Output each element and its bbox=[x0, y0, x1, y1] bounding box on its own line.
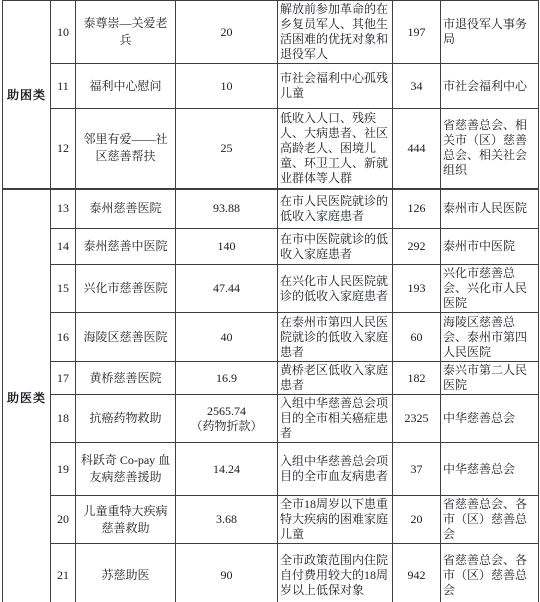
category-cell-assist-poverty: 助困类 bbox=[3, 1, 51, 189]
org-cell: 兴化市慈善总会、兴化市人民医院 bbox=[441, 265, 539, 313]
org-cell: 中华慈善总会 bbox=[441, 395, 539, 443]
amount-cell: 140 bbox=[176, 229, 278, 265]
row-number-cell: 17 bbox=[51, 362, 76, 395]
amount-cell: 10 bbox=[176, 64, 278, 109]
count-cell: 60 bbox=[393, 313, 441, 362]
row-number-cell: 18 bbox=[51, 395, 76, 443]
org-cell: 泰州市中医院 bbox=[441, 229, 539, 265]
beneficiary-cell: 在兴化市人民医院就诊的低收入家庭患者 bbox=[278, 265, 393, 313]
org-cell: 省慈善总会、相关市（区）慈善总会、相关社会组织 bbox=[441, 109, 539, 189]
row-number-cell: 15 bbox=[51, 265, 76, 313]
project-name-cell: 儿童重特大疾病慈善救助 bbox=[76, 496, 176, 544]
table-row: 16 海陵区慈善医院 40 在泰州市第四人民医院就诊的低收入家庭患者 60 海陵… bbox=[3, 313, 539, 362]
row-number-cell: 11 bbox=[51, 64, 76, 109]
row-number-cell: 16 bbox=[51, 313, 76, 362]
org-cell: 省慈善总会、各市（区）慈善总会 bbox=[441, 544, 539, 602]
count-cell: 292 bbox=[393, 229, 441, 265]
row-number-cell: 14 bbox=[51, 229, 76, 265]
row-number-cell: 19 bbox=[51, 443, 76, 496]
count-cell: 2325 bbox=[393, 395, 441, 443]
project-name-cell: 福利中心慰问 bbox=[76, 64, 176, 109]
org-cell: 省慈善总会、各市（区）慈善总会 bbox=[441, 496, 539, 544]
beneficiary-cell: 市社会福利中心孤残儿童 bbox=[278, 64, 393, 109]
row-number-cell: 20 bbox=[51, 496, 76, 544]
project-name-cell: 泰州慈善中医院 bbox=[76, 229, 176, 265]
count-cell: 37 bbox=[393, 443, 441, 496]
project-name-cell: 兴化市慈善医院 bbox=[76, 265, 176, 313]
row-number-cell: 10 bbox=[51, 1, 76, 64]
table-row: 助困类 10 泰尊崇—关爱老兵 20 解放前参加革命的在乡复员军人、其他生活困难… bbox=[3, 1, 539, 64]
count-cell: 197 bbox=[393, 1, 441, 64]
org-cell: 市社会福利中心 bbox=[441, 64, 539, 109]
beneficiary-cell: 解放前参加革命的在乡复员军人、其他生活困难的优抚对象和退役军人 bbox=[278, 1, 393, 64]
amount-cell: 40 bbox=[176, 313, 278, 362]
table-row: 14 泰州慈善中医院 140 在市中医院就诊的低收入家庭患者 292 泰州市中医… bbox=[3, 229, 539, 265]
project-name-cell: 科跃奇 Co-pay 血友病慈善援助 bbox=[76, 443, 176, 496]
project-name-cell: 泰州慈善医院 bbox=[76, 189, 176, 229]
amount-cell: 14.24 bbox=[176, 443, 278, 496]
amount-cell: 20 bbox=[176, 1, 278, 64]
project-name-cell: 泰尊崇—关爱老兵 bbox=[76, 1, 176, 64]
category-cell-assist-medical: 助医类 bbox=[3, 189, 51, 602]
beneficiary-cell: 全市18周岁以下患重特大疾病的困难家庭儿童 bbox=[278, 496, 393, 544]
amount-cell: 90 bbox=[176, 544, 278, 602]
beneficiary-cell: 在泰州市第四人民医院就诊的低收入家庭患者 bbox=[278, 313, 393, 362]
org-cell: 泰兴市第二人民医院 bbox=[441, 362, 539, 395]
org-cell: 泰州市人民医院 bbox=[441, 189, 539, 229]
count-cell: 20 bbox=[393, 496, 441, 544]
amount-value: 2565.74 bbox=[178, 404, 275, 419]
beneficiary-cell: 在市人民医院就诊的低收入家庭患者 bbox=[278, 189, 393, 229]
table-row: 21 苏慈助医 90 全市政策范围内住院自付费用较大的18周岁以上低保对象 94… bbox=[3, 544, 539, 602]
amount-cell: 93.88 bbox=[176, 189, 278, 229]
beneficiary-cell: 入组中华慈善总会项目的全市相关癌症患者 bbox=[278, 395, 393, 443]
amount-cell: 47.44 bbox=[176, 265, 278, 313]
table-row: 20 儿童重特大疾病慈善救助 3.68 全市18周岁以下患重特大疾病的困难家庭儿… bbox=[3, 496, 539, 544]
table-row: 11 福利中心慰问 10 市社会福利中心孤残儿童 34 市社会福利中心 bbox=[3, 64, 539, 109]
count-cell: 193 bbox=[393, 265, 441, 313]
beneficiary-cell: 全市政策范围内住院自付费用较大的18周岁以上低保对象 bbox=[278, 544, 393, 602]
org-cell: 海陵区慈善总会、泰州市第四人民医院 bbox=[441, 313, 539, 362]
table-row: 17 黄桥慈善医院 16.9 黄桥老区低收入家庭患者 182 泰兴市第二人民医院 bbox=[3, 362, 539, 395]
count-cell: 34 bbox=[393, 64, 441, 109]
table-row: 助医类 13 泰州慈善医院 93.88 在市人民医院就诊的低收入家庭患者 126… bbox=[3, 189, 539, 229]
org-cell: 中华慈善总会 bbox=[441, 443, 539, 496]
org-cell: 市退役军人事务局 bbox=[441, 1, 539, 64]
count-cell: 444 bbox=[393, 109, 441, 189]
beneficiary-cell: 黄桥老区低收入家庭患者 bbox=[278, 362, 393, 395]
table-row: 19 科跃奇 Co-pay 血友病慈善援助 14.24 入组中华慈善总会项目的全… bbox=[3, 443, 539, 496]
row-number-cell: 12 bbox=[51, 109, 76, 189]
count-cell: 182 bbox=[393, 362, 441, 395]
table-row: 18 抗癌药物救助 2565.74 （药物折款） 入组中华慈善总会项目的全市相关… bbox=[3, 395, 539, 443]
charity-projects-table: 助困类 10 泰尊崇—关爱老兵 20 解放前参加革命的在乡复员军人、其他生活困难… bbox=[2, 0, 539, 602]
beneficiary-cell: 入组中华慈善总会项目的全市血友病患者 bbox=[278, 443, 393, 496]
beneficiary-cell: 低收入人口、残疾人、大病患者、社区高龄老人、困境儿童、环卫工人、新就业群体等人群 bbox=[278, 109, 393, 189]
project-name-cell: 海陵区慈善医院 bbox=[76, 313, 176, 362]
amount-cell: 16.9 bbox=[176, 362, 278, 395]
table-row: 12 邻里有爱——社区慈善帮扶 25 低收入人口、残疾人、大病患者、社区高龄老人… bbox=[3, 109, 539, 189]
document-page: 助困类 10 泰尊崇—关爱老兵 20 解放前参加革命的在乡复员军人、其他生活困难… bbox=[0, 0, 540, 602]
row-number-cell: 21 bbox=[51, 544, 76, 602]
count-cell: 942 bbox=[393, 544, 441, 602]
project-name-cell: 邻里有爱——社区慈善帮扶 bbox=[76, 109, 176, 189]
row-number-cell: 13 bbox=[51, 189, 76, 229]
project-name-cell: 抗癌药物救助 bbox=[76, 395, 176, 443]
project-name-cell: 黄桥慈善医院 bbox=[76, 362, 176, 395]
project-name-cell: 苏慈助医 bbox=[76, 544, 176, 602]
table-row: 15 兴化市慈善医院 47.44 在兴化市人民医院就诊的低收入家庭患者 193 … bbox=[3, 265, 539, 313]
count-cell: 126 bbox=[393, 189, 441, 229]
amount-cell: 25 bbox=[176, 109, 278, 189]
beneficiary-cell: 在市中医院就诊的低收入家庭患者 bbox=[278, 229, 393, 265]
amount-cell: 2565.74 （药物折款） bbox=[176, 395, 278, 443]
amount-note: （药物折款） bbox=[178, 419, 275, 434]
amount-cell: 3.68 bbox=[176, 496, 278, 544]
